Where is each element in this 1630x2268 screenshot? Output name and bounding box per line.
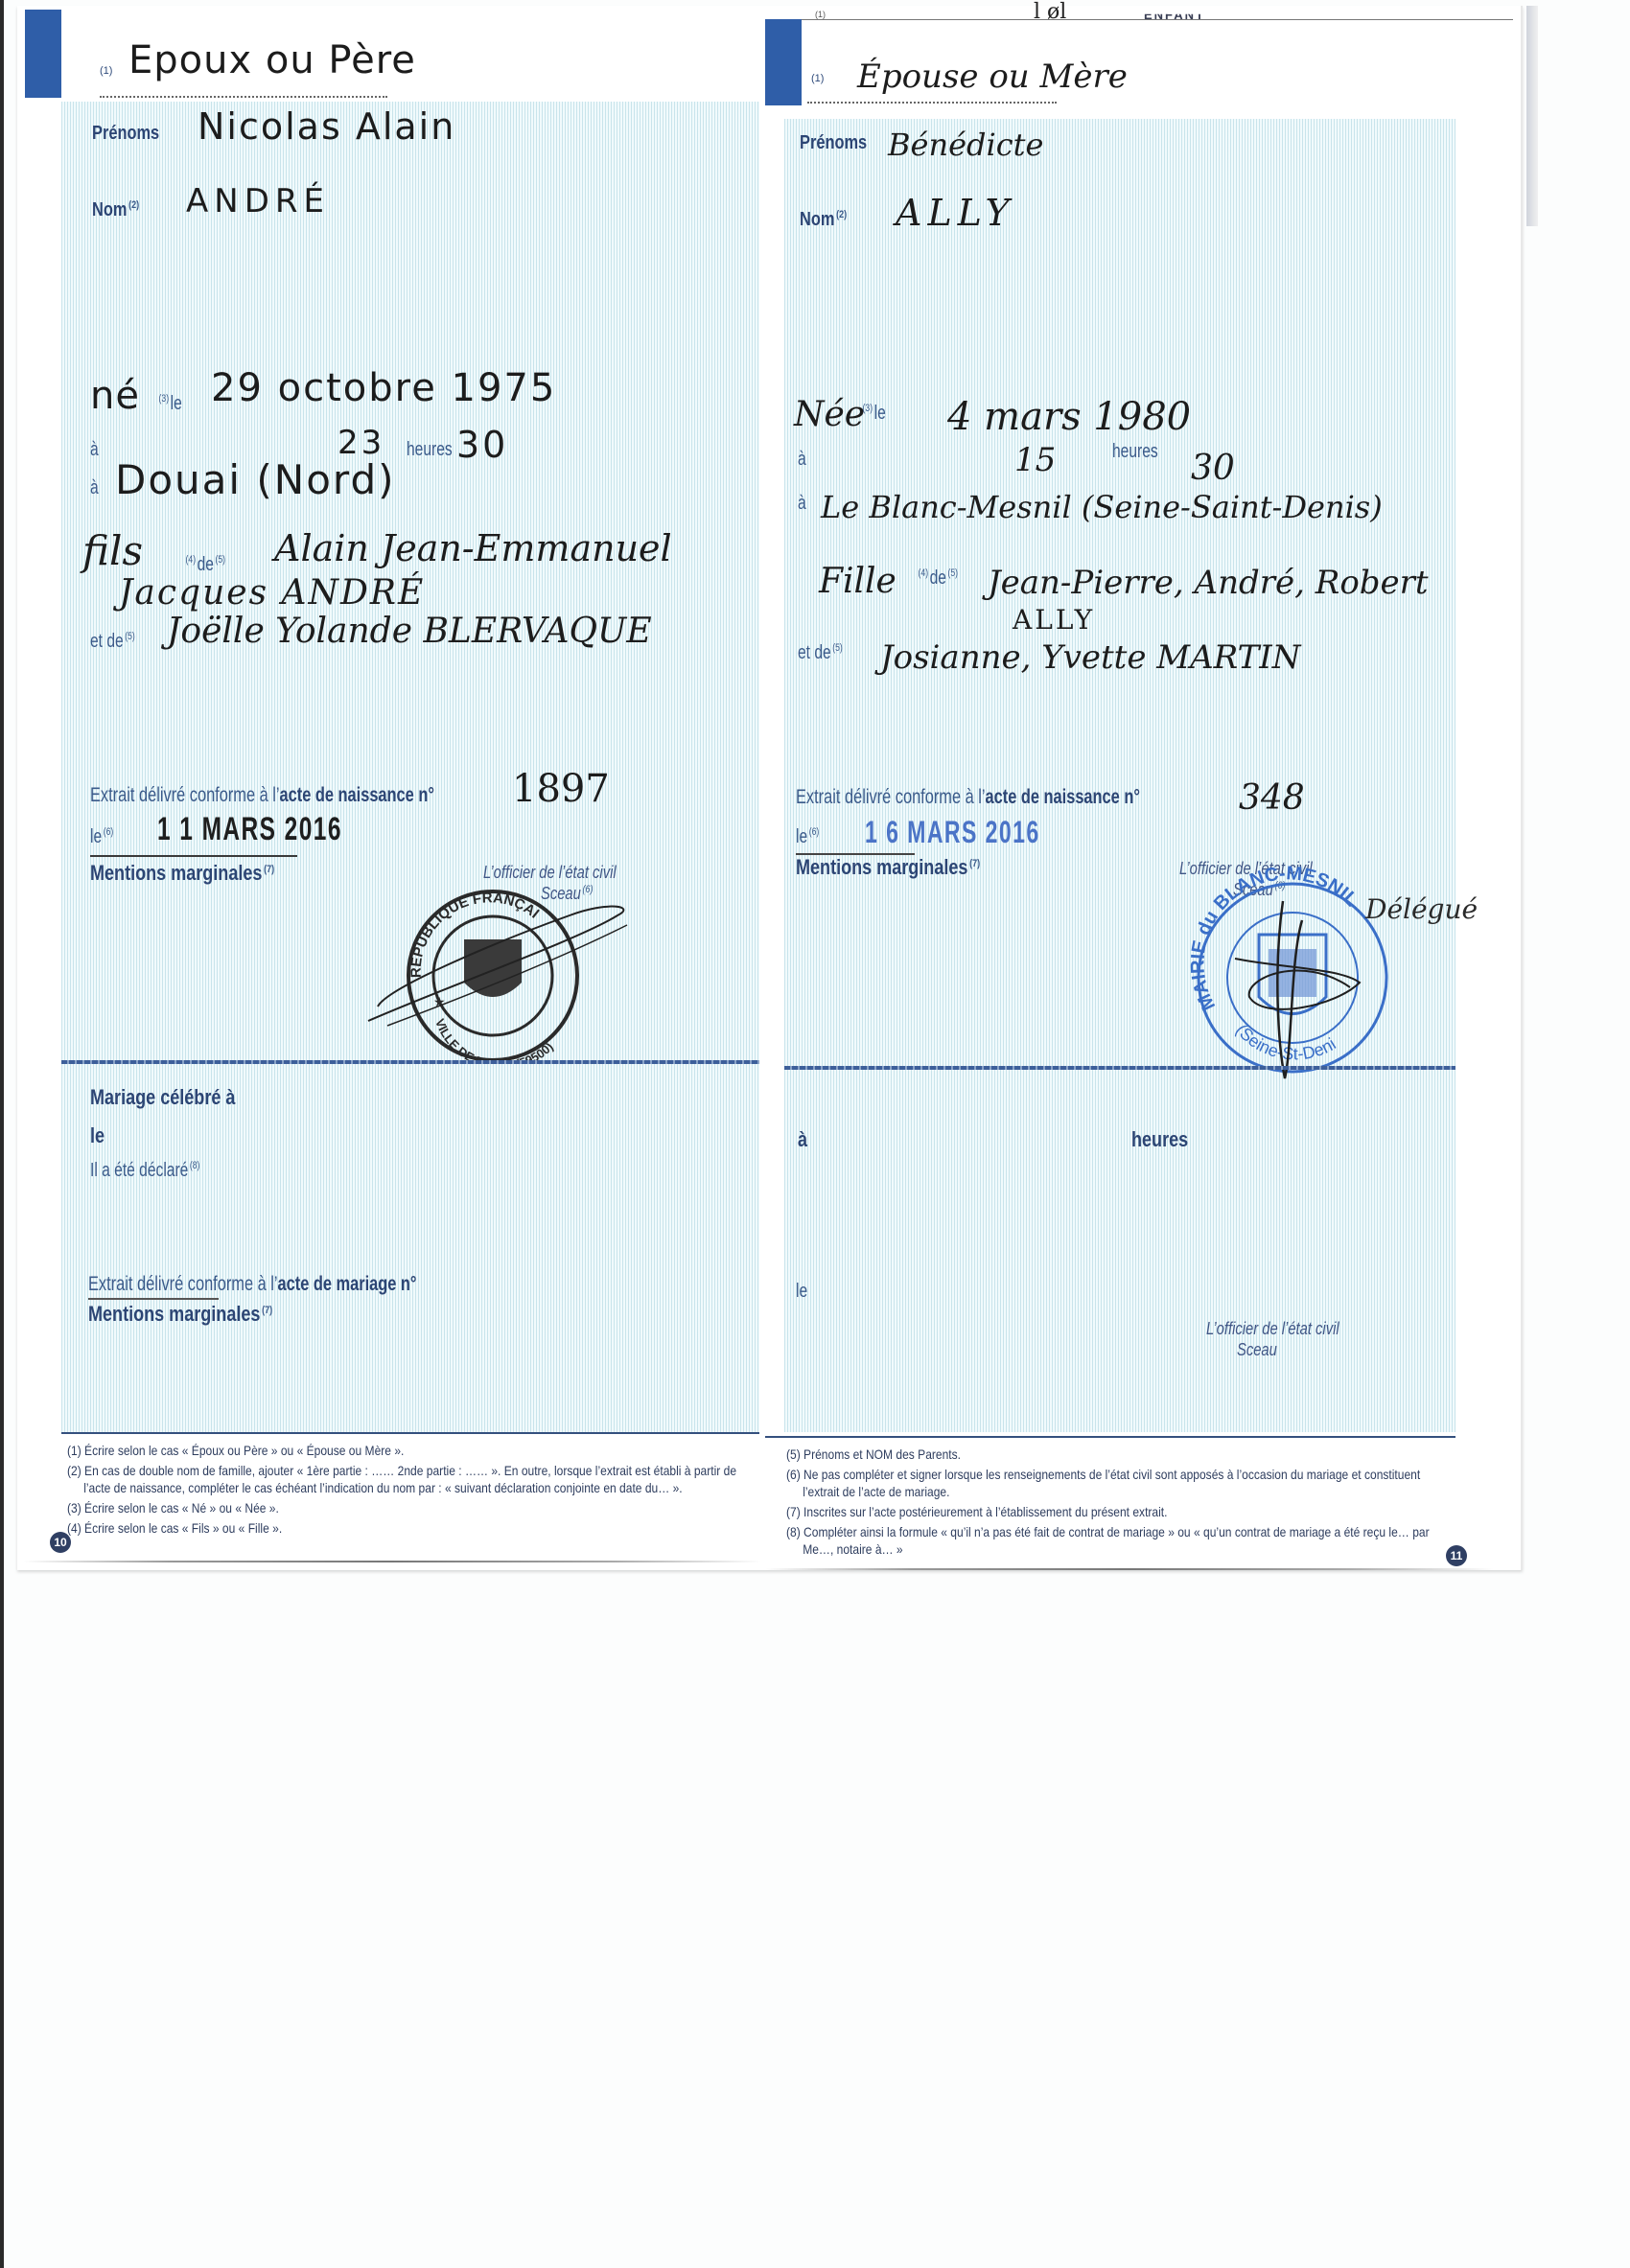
- underlying-page-header: (1) l øl ENFANT: [765, 6, 1513, 20]
- issue-date-stamp: 1 6 MARS 2016: [865, 815, 1040, 850]
- role-heading: Épouse ou Mère: [857, 58, 1128, 96]
- nom-value: ANDRÉ: [186, 182, 330, 220]
- prenoms-value: Bénédicte: [888, 127, 1043, 163]
- mariage-sceau-label: Sceau: [1237, 1340, 1277, 1360]
- footnotes-right: (5) Prénoms et NOM des Parents. (6) Ne p…: [786, 1446, 1446, 1561]
- father-name: Jean-Pierre, André, Robert: [988, 564, 1429, 602]
- nom-value: ALLY: [896, 192, 1015, 234]
- issue-date-stamp: 1 1 MARS 2016: [157, 811, 342, 848]
- father-name-cont: ALLY: [1013, 604, 1095, 636]
- birth-hour: 15: [1014, 441, 1056, 479]
- mariage-officer-label: L’officier de l’état civil: [1206, 1319, 1339, 1339]
- section-tab: [25, 10, 61, 98]
- svg-text:VILLE DE DOUAI (59500): VILLE DE DOUAI (59500): [432, 1017, 556, 1064]
- mariage-heures-label: heures: [1131, 1127, 1188, 1152]
- mother-name: Josianne, Yvette MARTIN: [880, 638, 1300, 677]
- mariage-mentions-label: Mentions marginales(7): [88, 1302, 274, 1327]
- ne-value: né: [90, 374, 140, 418]
- prenoms-label: Prénoms: [92, 123, 159, 145]
- page-number-left: 10: [50, 1532, 71, 1553]
- heading-dotted-line: [807, 102, 1057, 104]
- mariage-celebre-label: Mariage célébré à: [90, 1085, 235, 1110]
- mariage-le-label: le: [90, 1123, 105, 1148]
- extrait-mariage-label: Extrait délivré conforme à l’acte de mar…: [88, 1273, 416, 1296]
- birth-minutes: 30: [456, 424, 508, 466]
- seal-douai: RÉPUBLIQUE FRANÇAISE VILLE DE DOUAI (595…: [330, 863, 675, 1064]
- le-label: (3)le: [861, 403, 886, 425]
- page-number-right: 11: [1446, 1545, 1467, 1566]
- heading-dotted-line: [100, 96, 387, 98]
- prenoms-label: Prénoms: [800, 132, 867, 154]
- section-divider: [784, 1066, 1455, 1070]
- extrait-naissance-label: Extrait délivré conforme à l’acte de nai…: [90, 784, 434, 807]
- security-background: [61, 102, 759, 1432]
- role-heading: Epoux ou Père: [128, 38, 416, 82]
- mariage-le2-label: le: [796, 1281, 807, 1303]
- scan-edge: [0, 0, 4, 2268]
- officer-signature: Délégué: [1365, 893, 1478, 925]
- ne-value: Née: [794, 395, 865, 434]
- declare-label: Il a été déclaré(8): [90, 1160, 201, 1182]
- fils-value: fils: [82, 527, 143, 574]
- mentions-label: Mentions marginales(7): [796, 855, 982, 880]
- mentions-label: Mentions marginales(7): [90, 861, 276, 886]
- birth-place: Douai (Nord): [115, 456, 396, 503]
- page-wife-mother: (1) Épouse ou Mère Prénoms Bénédicte Nom…: [765, 19, 1507, 1582]
- mother-name: Joëlle Yolande BLERVAQUE: [167, 612, 652, 651]
- fille-value: Fille: [819, 562, 896, 601]
- security-background: [784, 119, 1455, 1432]
- section-divider: [61, 1060, 759, 1064]
- birth-date: 4 mars 1980: [947, 395, 1191, 439]
- booklet-fold: [1526, 6, 1538, 226]
- footnotes-left: (1) Écrire selon le cas « Époux ou Père …: [67, 1442, 743, 1539]
- extrait-naissance-label: Extrait délivré conforme à l’acte de nai…: [796, 786, 1140, 809]
- birth-place: Le Blanc-Mesnil (Seine-Saint-Denis): [821, 489, 1383, 525]
- section-tab: [765, 19, 802, 105]
- prenoms-value: Nicolas Alain: [198, 105, 455, 148]
- acte-number: 1897: [512, 767, 610, 811]
- mariage-a-label: à: [798, 1127, 807, 1152]
- birth-date: 29 octobre 1975: [211, 366, 556, 410]
- nom-label: Nom(2): [92, 199, 141, 221]
- le-label: (3)le: [157, 393, 182, 415]
- father-name-cont: Jacques ANDRÉ: [119, 573, 425, 613]
- nom-label: Nom(2): [800, 209, 849, 231]
- acte-number: 348: [1239, 778, 1305, 818]
- birth-minutes: 30: [1191, 449, 1235, 488]
- page-husband-father: (1) Epoux ou Père Prénoms Nicolas Alain …: [23, 10, 761, 1572]
- father-name: Alain Jean-Emmanuel: [274, 527, 672, 569]
